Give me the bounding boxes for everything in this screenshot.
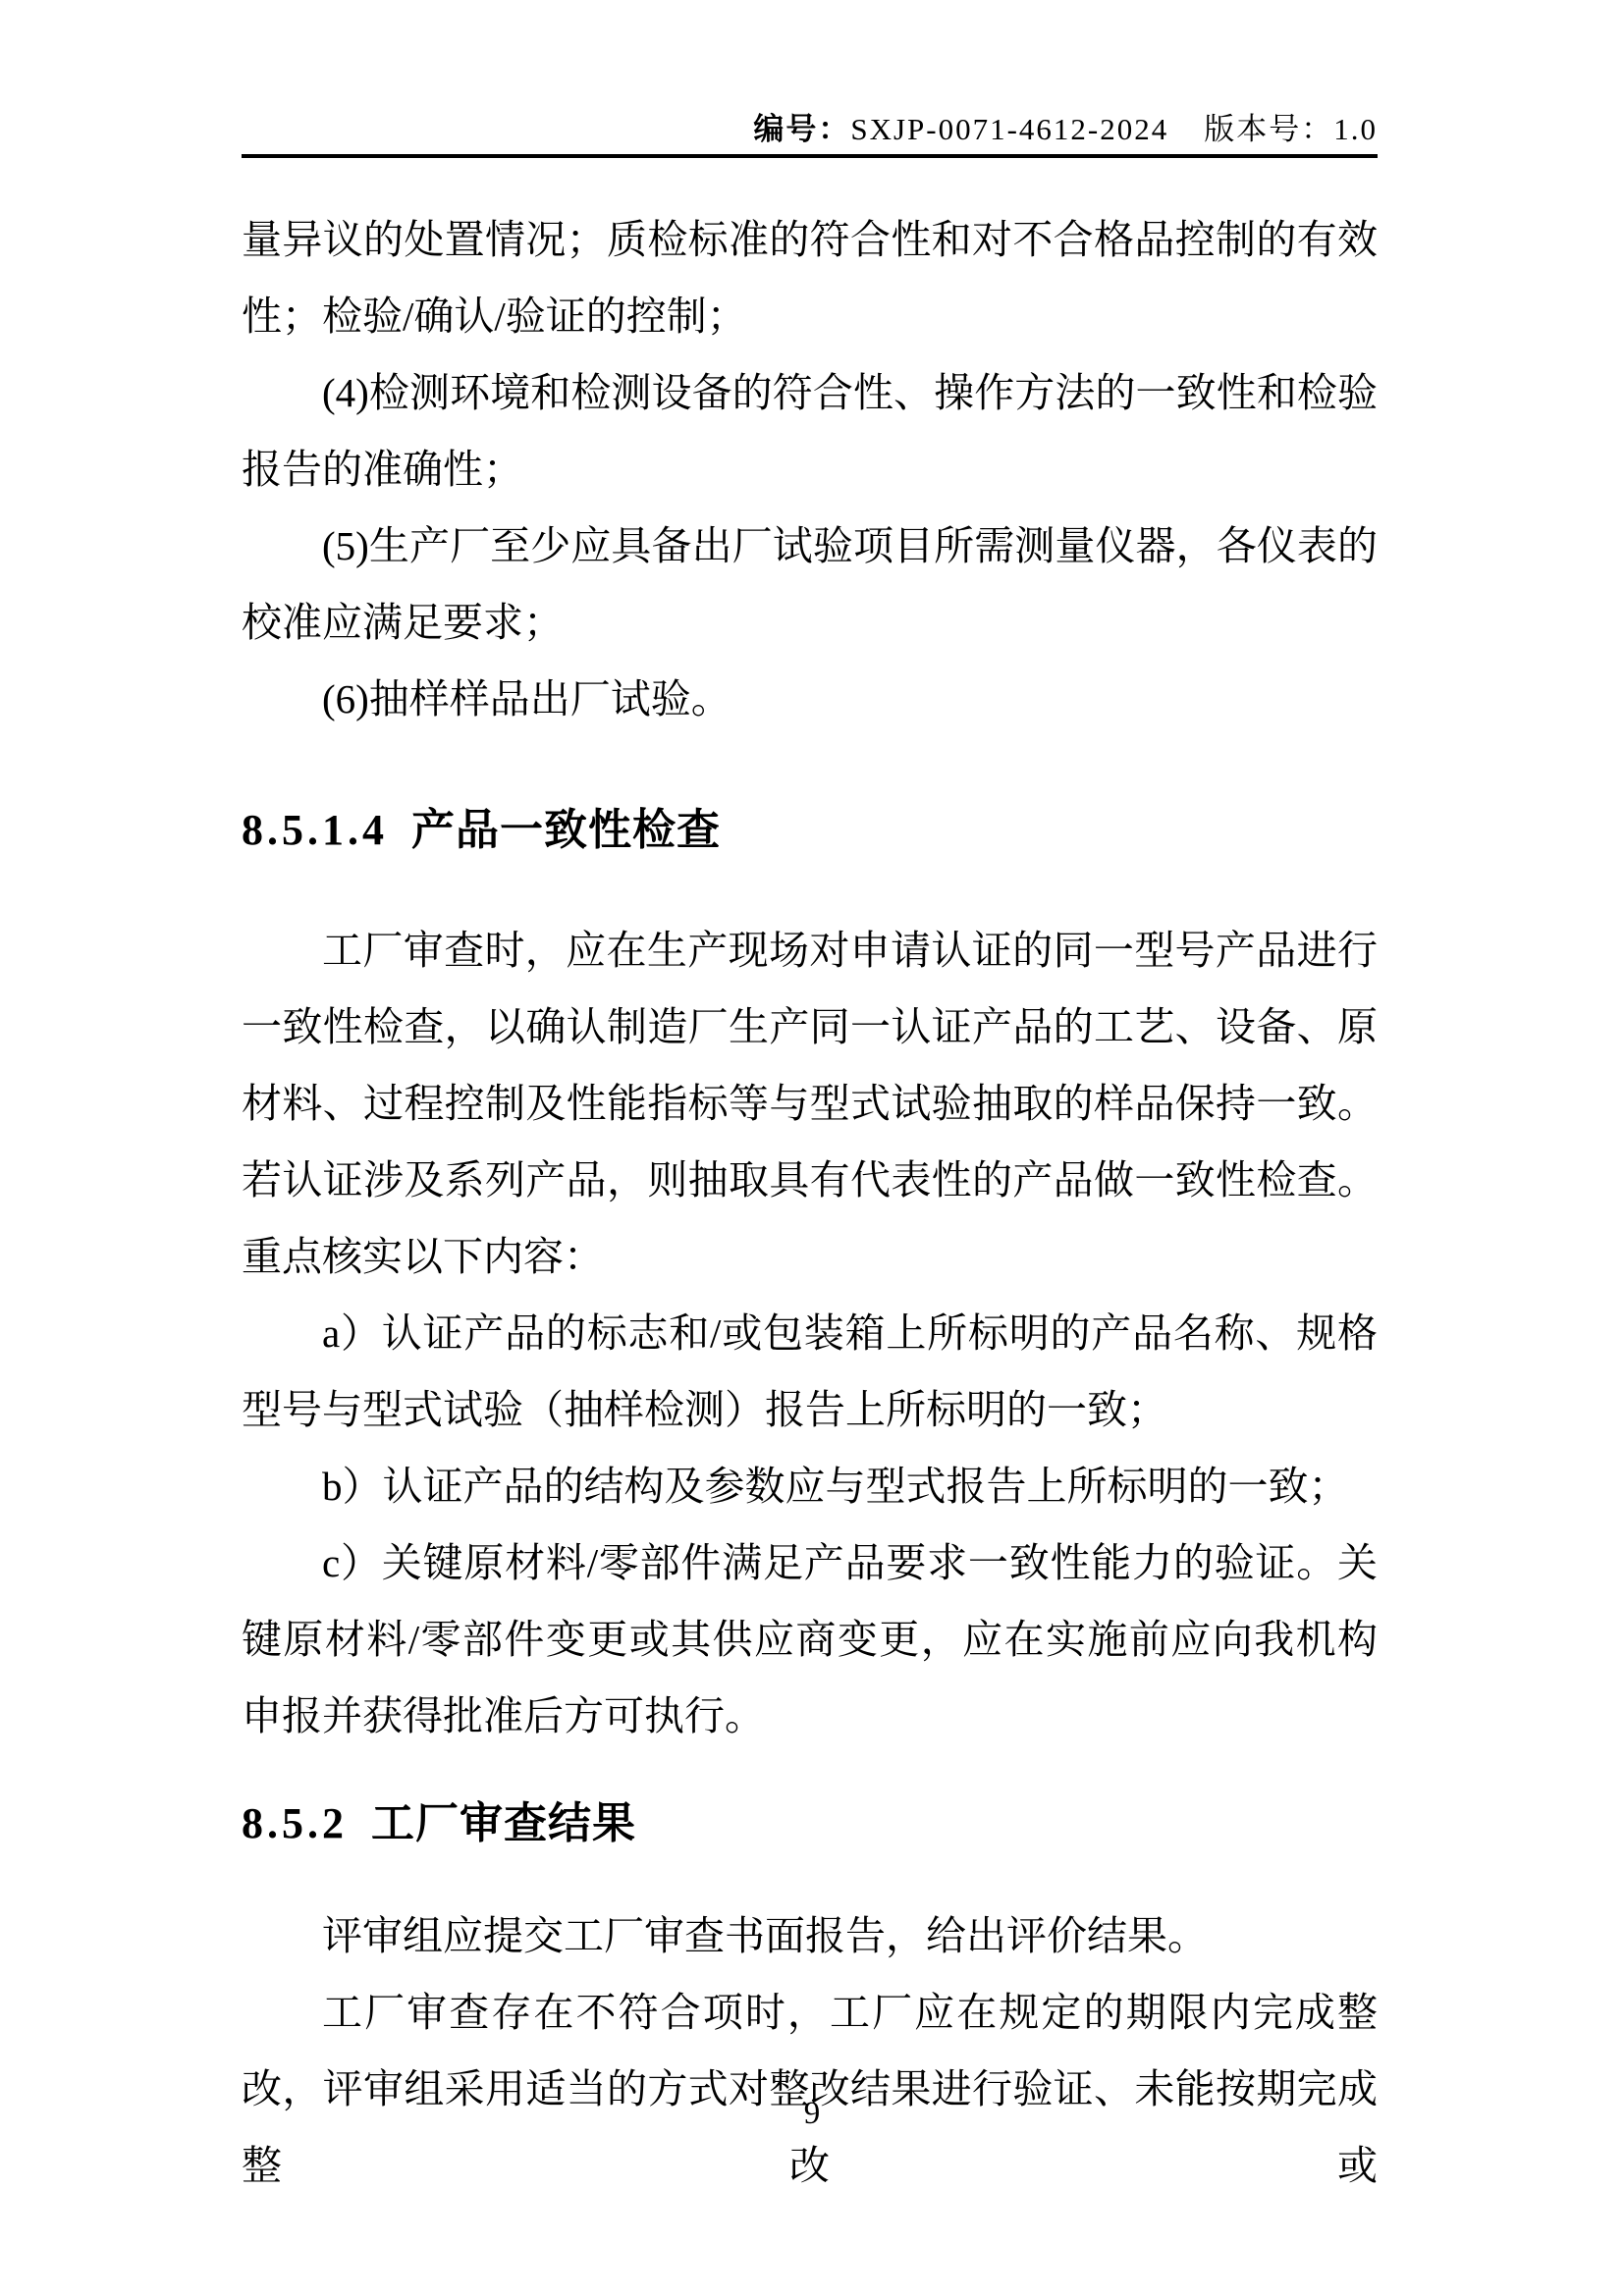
- list-item-c: c）关键原材料/零部件满足产品要求一致性能力的验证。关键原材料/零部件变更或其供…: [242, 1524, 1378, 1754]
- section-title: 产品一致性检查: [411, 806, 721, 854]
- section-heading-8-5-1-4: 8.5.1.4产品一致性检查: [242, 792, 1378, 869]
- list-item-b: b）认证产品的结构及参数应与型式报告上所标明的一致；: [242, 1448, 1378, 1524]
- document-body: 量异议的处置情况；质检标准的符合性和对不合格品控制的有效性；检验/确认/验证的控…: [242, 201, 1378, 2204]
- page-number: 9: [0, 2095, 1624, 2132]
- continuation-paragraph: 量异议的处置情况；质检标准的符合性和对不合格品控制的有效性；检验/确认/验证的控…: [242, 201, 1378, 354]
- list-item-6: (6)抽样样品出厂试验。: [242, 661, 1378, 737]
- page-header: 编号：SXJP-0071-4612-2024版本号：1.0: [242, 110, 1378, 149]
- header-divider-rule: [242, 154, 1378, 158]
- consistency-intro-paragraph: 工厂审查时，应在生产现场对申请认证的同一型号产品进行一致性检查，以确认制造厂生产…: [242, 912, 1378, 1295]
- doc-number-value: SXJP-0071-4612-2024: [850, 112, 1168, 146]
- result-paragraph-1: 评审组应提交工厂审查书面报告，给出评价结果。: [242, 1897, 1378, 1974]
- version-label: 版本号：: [1204, 112, 1333, 146]
- section-number: 8.5.1.4: [242, 806, 388, 854]
- doc-number-label: 编号：: [753, 112, 850, 146]
- list-item-a: a）认证产品的标志和/或包装箱上所标明的产品名称、规格型号与型式试验（抽样检测）…: [242, 1295, 1378, 1448]
- list-item-4: (4)检测环境和检测设备的符合性、操作方法的一致性和检验报告的准确性；: [242, 354, 1378, 507]
- version-value: 1.0: [1333, 112, 1378, 146]
- result-paragraph-2: 工厂审查存在不符合项时，工厂应在规定的期限内完成整改，评审组采用适当的方式对整改…: [242, 1974, 1378, 2204]
- section-title: 工厂审查结果: [371, 1799, 636, 1847]
- section-heading-8-5-2: 8.5.2工厂审查结果: [242, 1786, 1378, 1862]
- list-item-5: (5)生产厂至少应具备出厂试验项目所需测量仪器，各仪表的校准应满足要求；: [242, 507, 1378, 661]
- section-number: 8.5.2: [242, 1799, 348, 1847]
- document-page: 编号：SXJP-0071-4612-2024版本号：1.0 量异议的处置情况；质…: [0, 0, 1624, 2296]
